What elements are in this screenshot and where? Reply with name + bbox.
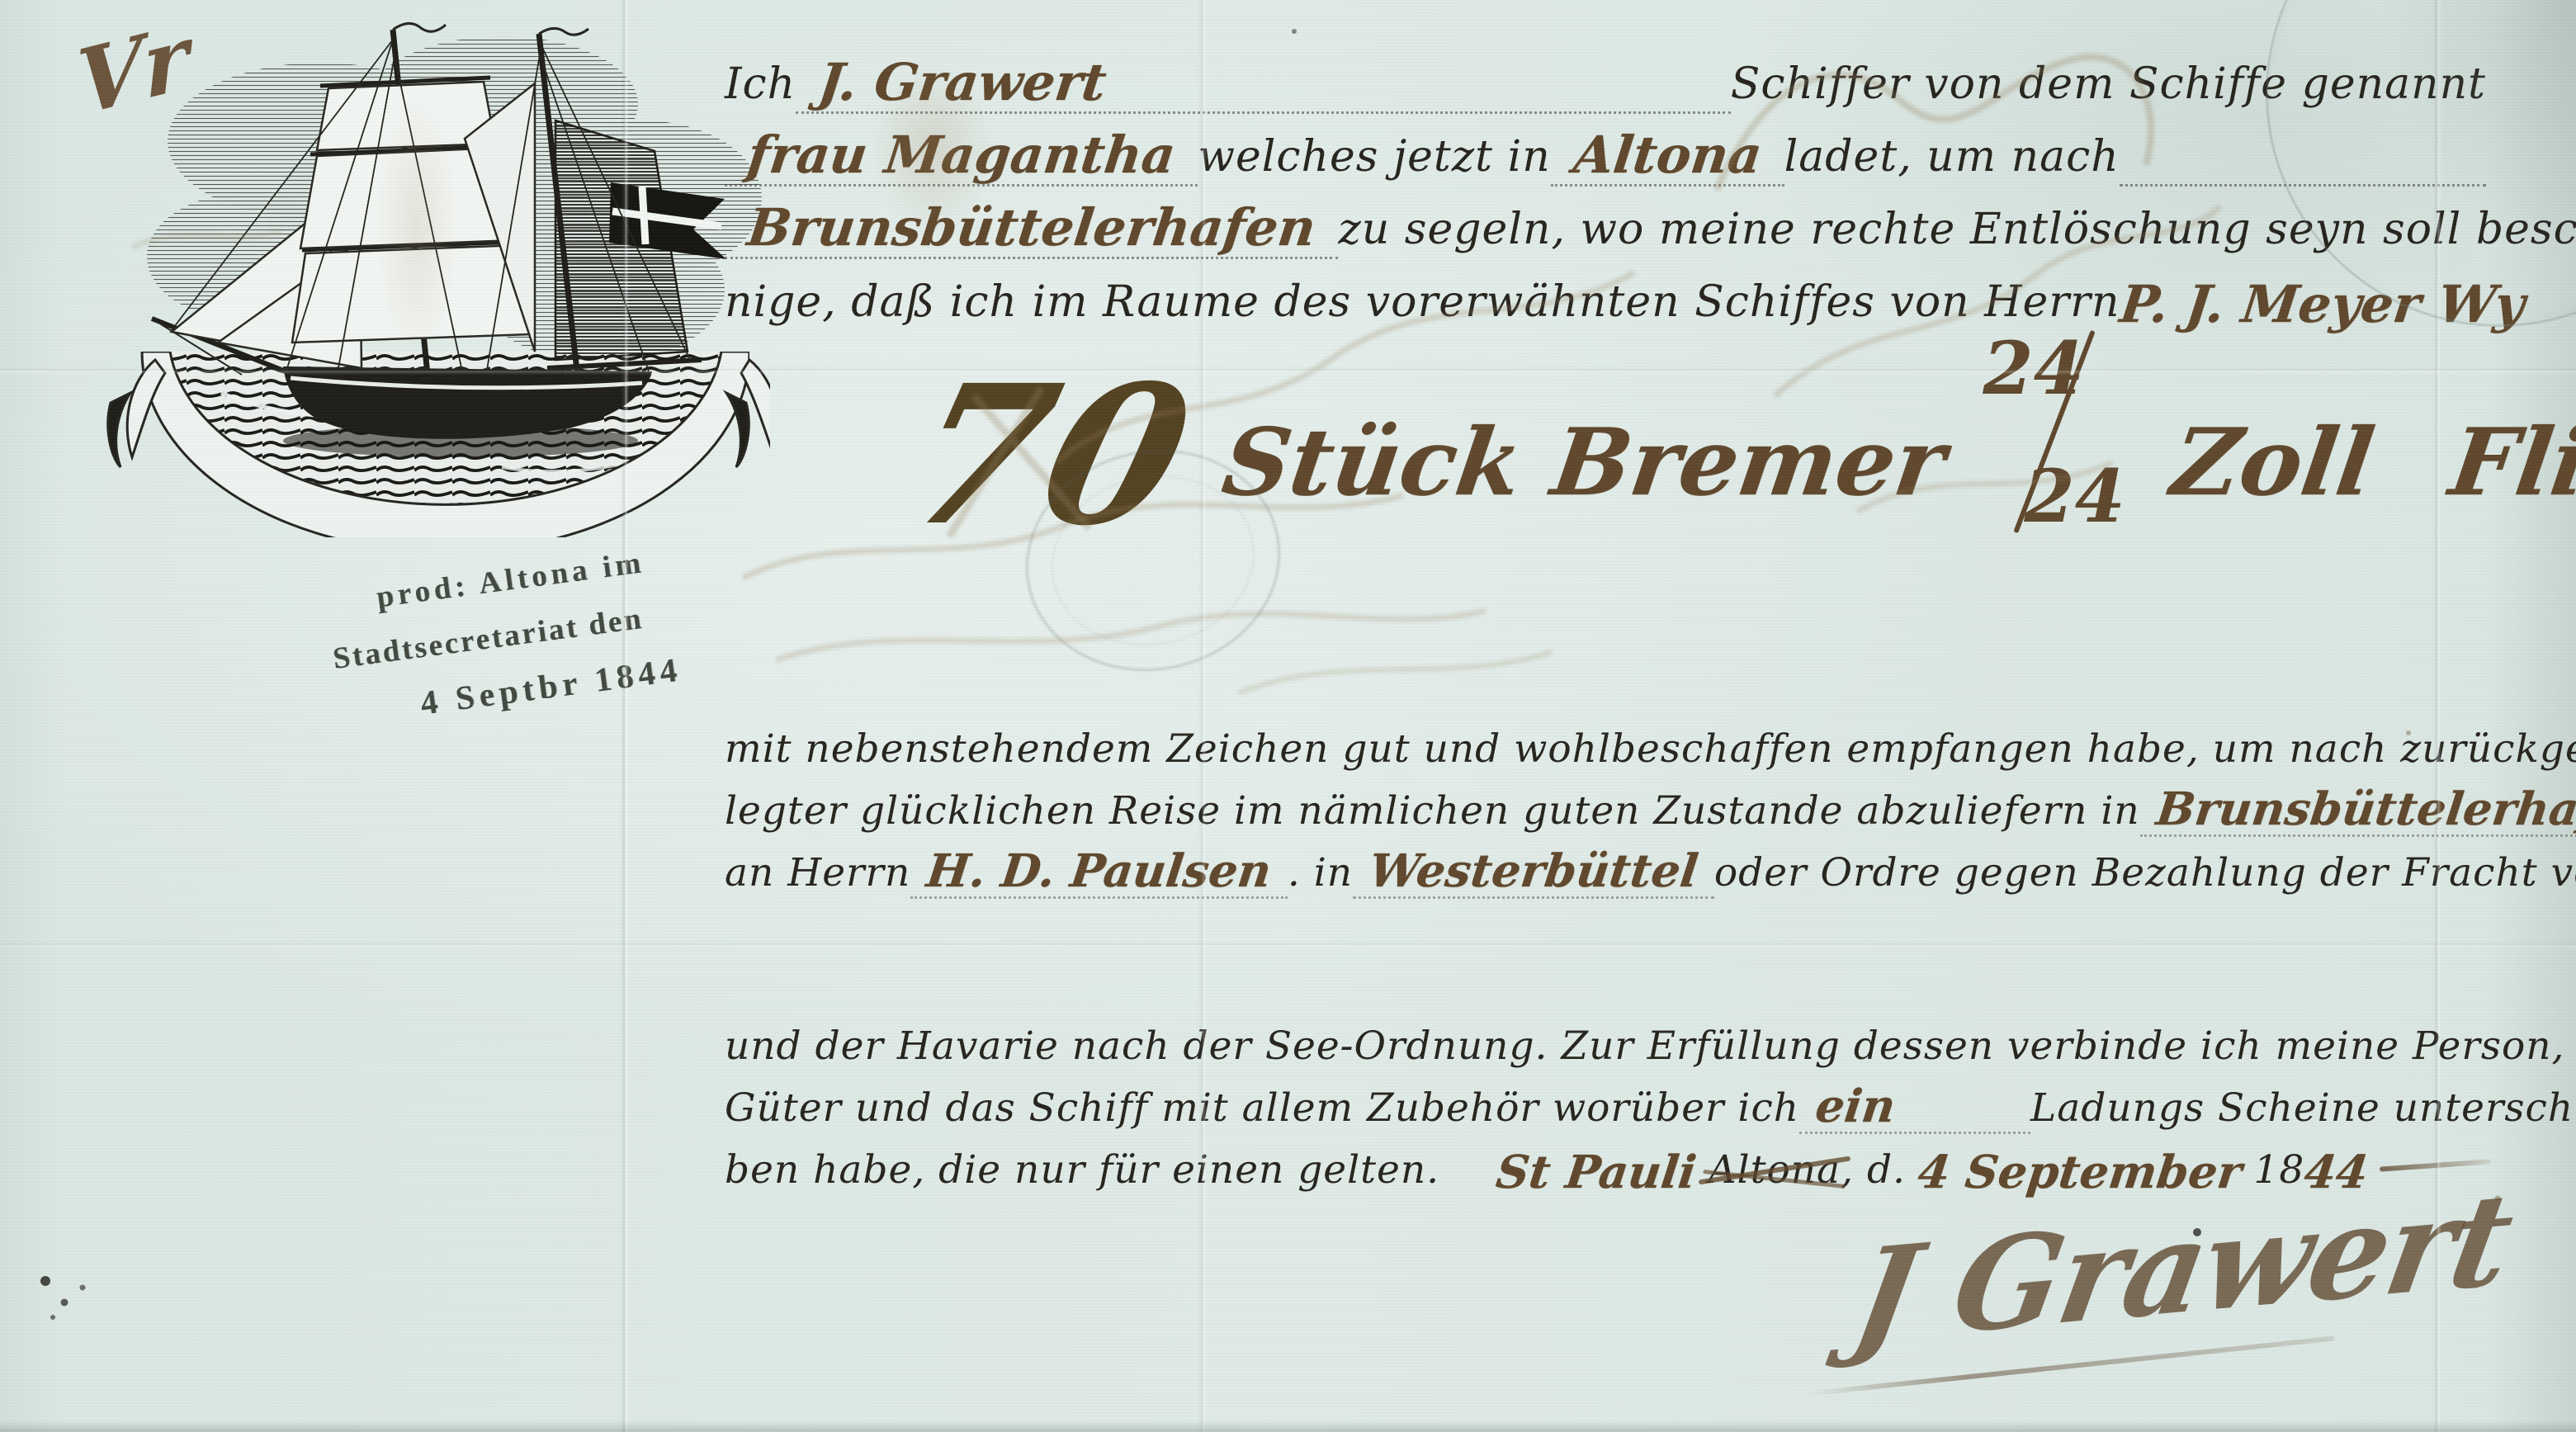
- copies-count-handwritten: ein: [1813, 1083, 1898, 1130]
- obligation-line-2: Güter und das Schiff mit allem Zubehör w…: [725, 1072, 2491, 1134]
- registry-stamp: prod: Altona im Stadtsecretariat den 4 S…: [324, 545, 683, 731]
- obligation-line-1: und der Havarie nach der See-Ordnung. Zu…: [725, 1010, 2491, 1072]
- fold-crease-vertical: [1198, 0, 1207, 1432]
- printed-legter-reise: legter glücklichen Reise im nämlichen gu…: [725, 792, 2140, 837]
- cargo-text-stueck-bremer: Stück Bremer: [1214, 417, 1950, 531]
- receipt-line-1: mit nebenstehendem Zeichen gut und wohlb…: [725, 713, 2491, 775]
- delivery-port-blank: Brunsbüttelerhafen: [2140, 786, 2576, 837]
- stamp-line-3: 4 Septbr 1844: [418, 652, 683, 720]
- receipt-line-2: legter glücklichen Reise im nämlichen gu…: [725, 775, 2491, 837]
- consignee-place-handwritten: Westerbüttel: [1367, 848, 1701, 895]
- header-line-3: Brunsbüttelerhafen zu segeln, wo meine r…: [725, 187, 2486, 259]
- header-line-4: nige, daß ich im Raume des vorerwähnten …: [725, 259, 2486, 332]
- receipt-paragraph: mit nebenstehendem Zeichen gut und wohlb…: [725, 713, 2491, 899]
- obligation-line-3: ben habe, die nur für einen gelten. St P…: [725, 1134, 2491, 1196]
- consignee-place-blank: Westerbüttel: [1353, 848, 1714, 899]
- paper-bottom-edge: [0, 1420, 2576, 1432]
- destination-port-handwritten: Brunsbüttelerhafen: [744, 202, 1318, 255]
- printed-oder-ordre: oder Ordre gegen Bezahlung der Fracht vo…: [1714, 853, 2576, 899]
- printed-ladungs-scheine: Ladungs Scheine unterschrie-: [2030, 1089, 2576, 1134]
- printed-ich: Ich: [725, 63, 796, 114]
- date-handwritten: 4 September: [1915, 1149, 2244, 1196]
- copies-count-blank: ein: [1799, 1083, 2030, 1134]
- printed-d: , d.: [1841, 1151, 1906, 1196]
- printed-mit-nebenstehendem: mit nebenstehendem Zeichen gut und wohlb…: [725, 730, 2576, 775]
- captain-name-handwritten: J. Grawert: [815, 57, 1108, 110]
- printed-und-der-havarie: und der Havarie nach der See-Ordnung. Zu…: [725, 1027, 2564, 1072]
- destination-port-blank: Brunsbüttelerhafen: [725, 202, 1338, 259]
- ship-name-handwritten: frau Magantha: [744, 130, 1178, 182]
- obligation-paragraph: und der Havarie nach der See-Ordnung. Zu…: [725, 1010, 2491, 1196]
- header-declaration: Ich J. Grawert Schiffer von dem Schiffe …: [725, 41, 2486, 332]
- header-line-2: frau Magantha welches jetzt in Altona la…: [725, 114, 2486, 187]
- header-line-1: Ich J. Grawert Schiffer von dem Schiffe …: [725, 41, 2486, 114]
- printed-ben-habe: ben habe, die nur für einen gelten.: [725, 1151, 1439, 1196]
- receipt-line-3: an Herrn H. D. Paulsen . in Westerbüttel…: [725, 837, 2491, 899]
- place-written-handwritten: St Pauli: [1494, 1149, 1699, 1196]
- cargo-text-fliesen: Fliesen: [2441, 417, 2576, 531]
- fold-crease-horizontal: [0, 366, 2576, 375]
- delivery-port-handwritten: Brunsbüttelerhafen: [2153, 786, 2576, 833]
- loading-port-blank: Altona: [1551, 130, 1784, 187]
- printed-altona-struck: Altona: [1709, 1151, 1841, 1196]
- captain-name-blank: J. Grawert: [796, 57, 1731, 114]
- printed-an-herrn: an Herrn: [725, 853, 910, 899]
- printed-ladet-um-nach: ladet, um nach: [1784, 135, 2120, 187]
- fraction-denominator: 24: [2024, 453, 2125, 539]
- bill-of-lading-document: Vr Ich J. Grawert Schiffer von dem Schif…: [0, 0, 2576, 1432]
- printed-in: . in: [1288, 853, 1353, 899]
- consignee-name-handwritten: H. D. Paulsen: [924, 848, 1274, 895]
- fold-crease-vertical: [621, 0, 629, 1432]
- ship-name-blank: frau Magantha: [725, 130, 1198, 187]
- fold-crease-horizontal: [0, 941, 2576, 949]
- printed-gueter-und-schiff: Güter und das Schiff mit allem Zubehör w…: [725, 1089, 1799, 1134]
- printed-welches-jetzt-in: welches jetzt in: [1198, 135, 1550, 187]
- printed-nige-dass: nige, daß ich im Raume des vorerwähnten …: [725, 281, 2120, 332]
- cargo-text-zoll: Zoll: [2164, 417, 2380, 531]
- consignee-name-blank: H. D. Paulsen: [910, 848, 1288, 899]
- loading-port-handwritten: Altona: [1571, 130, 1765, 182]
